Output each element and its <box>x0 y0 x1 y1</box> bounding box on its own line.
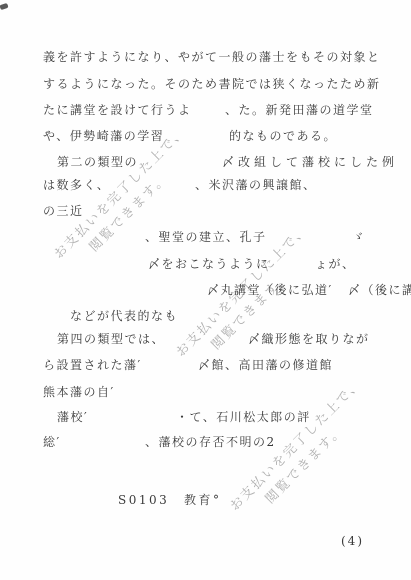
text-segment: は数多く、 <box>43 178 110 192</box>
text-segment: ゞ <box>352 230 366 244</box>
text-segment: 、米沢藩の興譲館、 <box>195 178 317 192</box>
text-segment: 、藩校の存否不明の2 <box>145 435 276 449</box>
text-segment: 、た。新発田藩の道学堂 <box>225 103 374 117</box>
text-segment: ・て、石川松太郎の評 <box>176 410 311 424</box>
text-segment: 第二の類型の <box>57 155 138 169</box>
scanned-document-page: お支払いを完了した上で、閲覧できます。お支払いを完了した上で、閲覧できます。お支… <box>0 0 411 580</box>
text-segment: 〆改組して藩校にした例 <box>222 155 398 169</box>
text-segment: するようになった。そのため書院では狭くなったため新 <box>43 77 381 91</box>
paywall-watermark: お支払いを完了した上で、閲覧できます。 <box>172 221 327 376</box>
text-segment: 義を許すようになり、やがて一般の藩士をもその対象と <box>43 50 381 64</box>
text-segment: 〆（後に講 <box>348 283 411 297</box>
text-segment: 〆館、高田藩の修道館 <box>198 358 333 372</box>
footer-segment: S0103 <box>118 493 169 507</box>
scan-artifact <box>0 3 9 10</box>
text-segment: の三近 <box>43 204 84 218</box>
paywall-watermark: お支払いを完了した上で、閲覧できます。 <box>226 375 381 530</box>
text-segment: 〆織形態を取りなが <box>248 332 370 346</box>
text-segment: 総′ <box>43 435 61 449</box>
text-segment: ょが、 <box>315 257 356 271</box>
text-segment: 藩校′ <box>57 410 88 424</box>
text-segment: ら設置された藩′ <box>43 358 142 372</box>
text-segment: や、伊勢崎藩の学習 <box>43 129 164 143</box>
text-segment: たに講堂を設けて行うよ <box>43 103 192 117</box>
paywall-watermark: お支払いを完了した上で、閲覧できます。 <box>50 123 205 278</box>
page-number: (4) <box>341 534 364 548</box>
footer-segment: 教育° <box>184 493 222 507</box>
text-segment: 的なものである。 <box>229 129 337 143</box>
text-segment: などが代表的なも <box>70 309 178 323</box>
text-segment: 〆丸講堂（後に弘道′ <box>207 283 333 297</box>
text-segment: 第四の類型では、 <box>57 332 165 346</box>
text-segment: 熊本藩の自′ <box>43 385 115 399</box>
text-segment: 〆をおこなうように <box>148 257 270 271</box>
text-segment: 、聖堂の建立、孔子 <box>145 230 267 244</box>
